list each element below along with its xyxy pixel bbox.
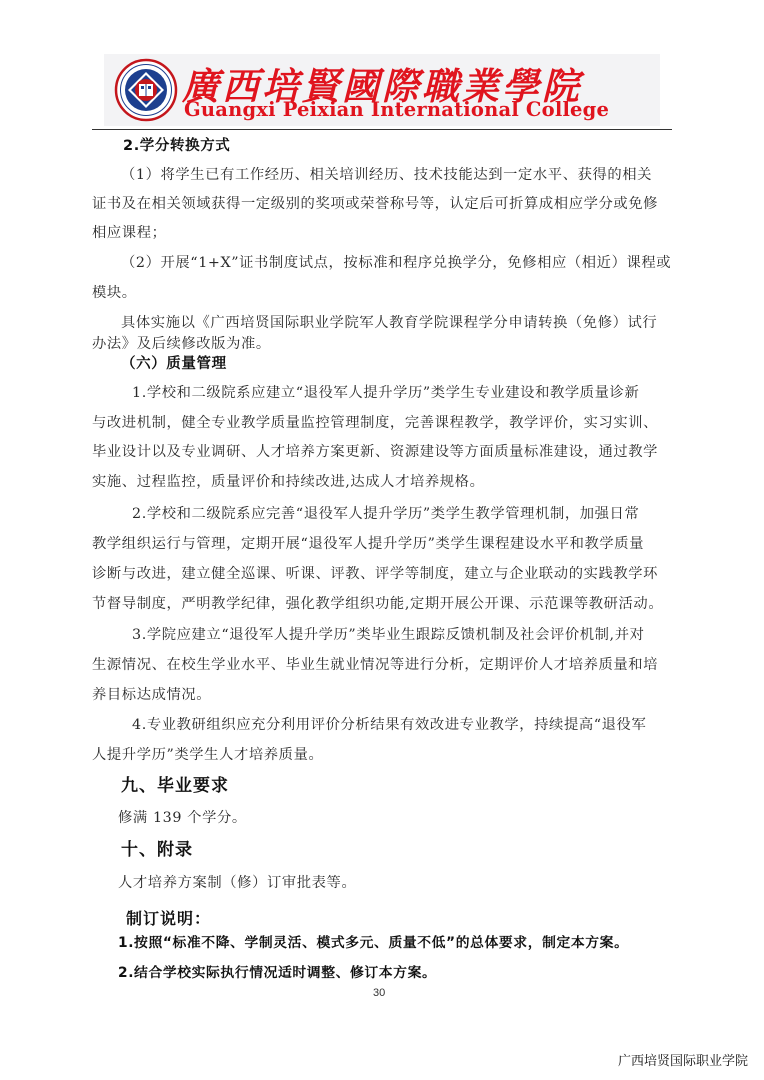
paragraph-line: 生源情况、在校生学业水平、毕业生就业情况等进行分析，定期评价人才培养质量和培: [92, 654, 658, 674]
paragraph-line: 模块。: [92, 282, 137, 302]
paragraph-line: 养目标达成情况。: [92, 684, 211, 704]
paragraph-line: 具体实施以《广西培贤国际职业学院军人教育学院课程学分申请转换（免修）试行: [121, 312, 657, 332]
paragraph-line: 与改进机制，健全专业教学质量监控管理制度，完善课程教学，教学评价，实习实训、: [92, 412, 658, 432]
paragraph-line: 3.学院应建立“退役军人提升学历”类毕业生跟踪反馈机制及社会评价机制,并对: [132, 624, 645, 644]
paragraph-line: 毕业设计以及专业调研、人才培养方案更新、资源建设等方面质量标准建设，通过教学: [92, 441, 658, 461]
page-number: 30: [373, 987, 385, 999]
paragraph-line: 证书及在相关领域获得一定级别的奖项或荣誉称号等，认定后可折算成相应学分或免修: [92, 193, 658, 213]
paragraph-line: （1）将学生已有工作经历、相关培训经历、技术技能达到一定水平、获得的相关: [121, 164, 652, 184]
paragraph-line: 实施、过程监控，质量评价和持续改进,达成人才培养规格。: [92, 471, 484, 491]
college-logo-icon: [114, 58, 178, 122]
section-heading-quality-management: （六）质量管理: [121, 352, 227, 373]
paragraph-line: 诊断与改进，建立健全巡课、听课、评教、评学等制度，建立与企业联动的实践教学环: [92, 563, 658, 583]
section-heading-graduation-requirements: 九、毕业要求: [121, 771, 229, 796]
paragraph-line: 人才培养方案制（修）订审批表等。: [118, 872, 356, 892]
paragraph-line: 教学组织运行与管理，定期开展“退役军人提升学历”类学生课程建设水平和教学质量: [92, 533, 644, 553]
paragraph-line: 办法》及后续修改版为准。: [92, 333, 271, 353]
paragraph-line: 2.学校和二级院系应完善“退役军人提升学历”类学生教学管理机制，加强日常: [132, 503, 639, 523]
section-heading-appendix: 十、附录: [121, 835, 193, 860]
revision-note-line: 2.结合学校实际执行情况适时调整、修订本方案。: [118, 961, 436, 981]
paragraph-line: 人提升学历”类学生人才培养质量。: [92, 744, 323, 764]
college-banner: 廣西培賢國際職業學院 Guangxi Peixian International…: [104, 54, 660, 126]
paragraph-line: 节督导制度，严明教学纪律，强化教学组织功能,定期开展公开课、示范课等教研活动。: [92, 593, 663, 613]
paragraph-line: 相应课程；: [92, 222, 166, 242]
paragraph-line: （2）开展“1+X”证书制度试点，按标准和程序兑换学分，免修相应（相近）课程或: [121, 252, 671, 272]
paragraph-line: 4.专业教研组织应充分利用评价分析结果有效改进专业教学，持续提高“退役军: [132, 714, 646, 734]
header-divider: [92, 129, 672, 130]
footer-watermark: 广西培贤国际职业学院: [618, 1050, 748, 1069]
section-heading-revision-notes: 制订说明：: [126, 906, 211, 929]
paragraph-line: 修满 139 个学分。: [118, 807, 247, 827]
paragraph-line: 1.学校和二级院系应建立“退役军人提升学历”类学生专业建设和教学质量诊新: [132, 382, 639, 402]
revision-note-line: 1.按照“标准不降、学制灵活、模式多元、质量不低”的总体要求，制定本方案。: [118, 931, 628, 951]
section-heading-credit-conversion: 2.学分转换方式: [123, 134, 230, 155]
college-name-en: Guangxi Peixian International College: [184, 98, 609, 121]
